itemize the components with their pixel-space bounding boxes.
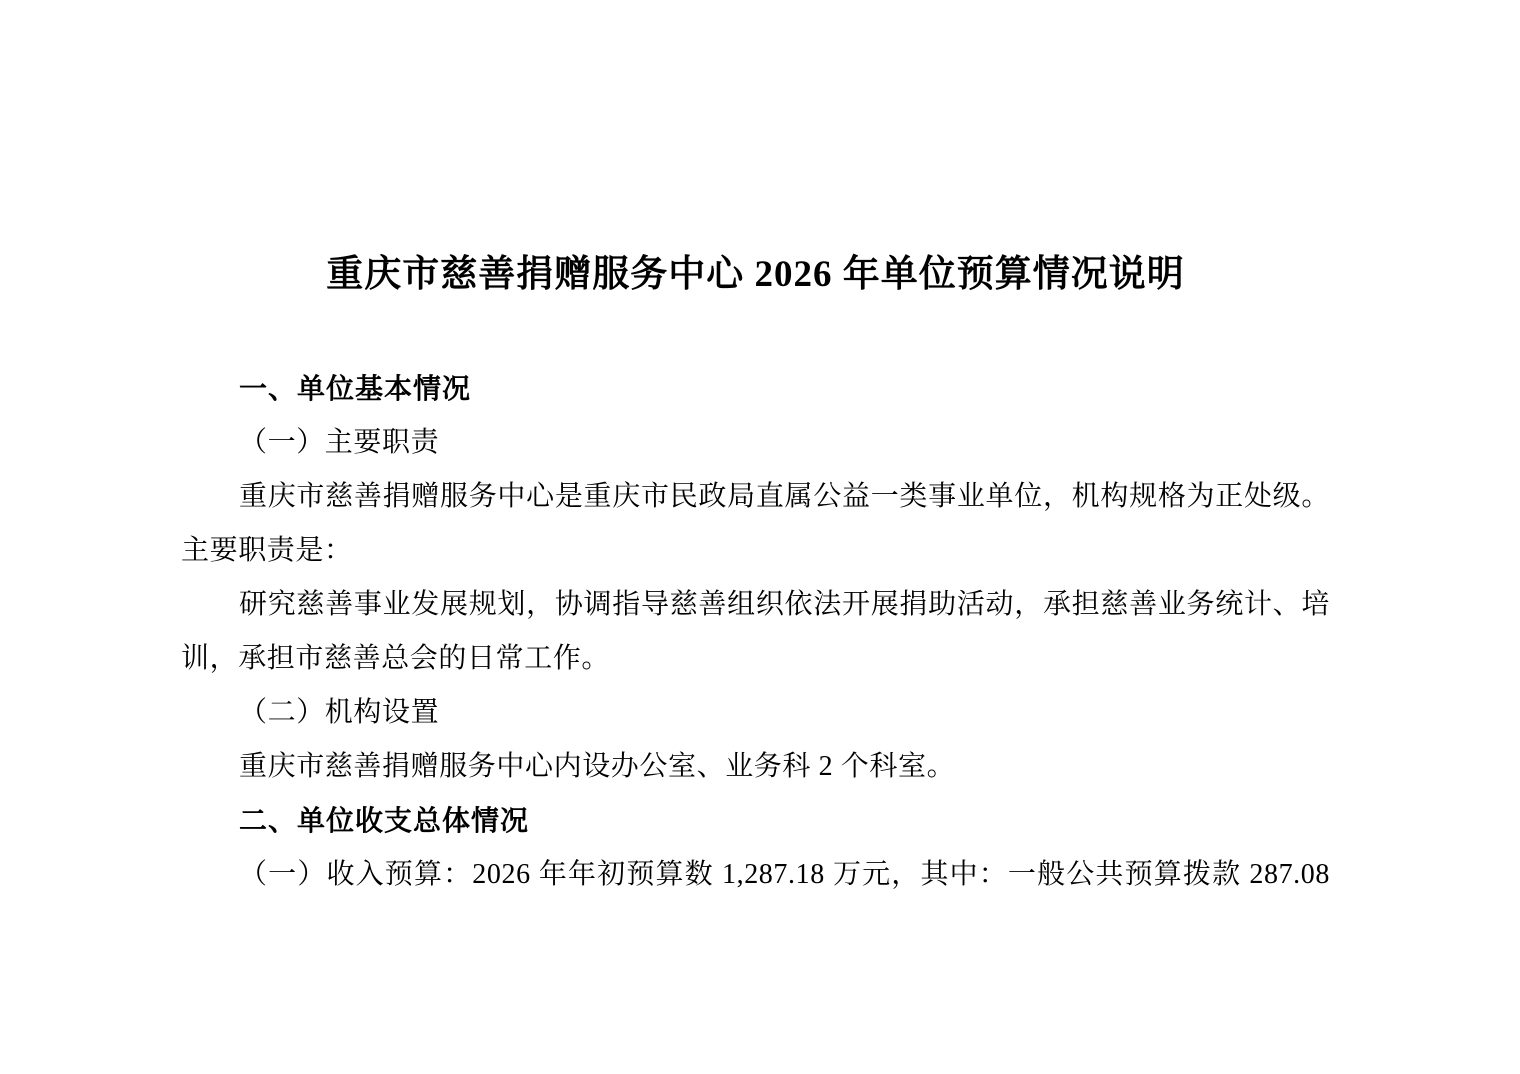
document-page: 重庆市慈善捐赠服务中心 2026 年单位预算情况说明 一、单位基本情况 （一）主… (0, 0, 1520, 1074)
paragraph-line: 重庆市慈善捐赠服务中心是重庆市民政局直属公益一类事业单位，机构规格为正处级。 (181, 470, 1330, 524)
paragraph-line: 训，承担市慈善总会的日常工作。 (181, 632, 1330, 686)
section-heading-unit-basic-info: 一、单位基本情况 (181, 362, 1330, 416)
document-title: 重庆市慈善捐赠服务中心 2026 年单位预算情况说明 (181, 0, 1330, 302)
paragraph-line-income-budget: （一）收入预算：2026 年年初预算数 1,287.18 万元，其中：一般公共预… (181, 848, 1330, 902)
subsection-heading-organization-setup: （二）机构设置 (181, 686, 1330, 740)
paragraph-line: 研究慈善事业发展规划，协调指导慈善组织依法开展捐助活动，承担慈善业务统计、培 (181, 578, 1330, 632)
paragraph-line: 主要职责是： (181, 524, 1330, 578)
subsection-heading-main-duties: （一）主要职责 (181, 416, 1330, 470)
document-body: 一、单位基本情况 （一）主要职责 重庆市慈善捐赠服务中心是重庆市民政局直属公益一… (181, 362, 1330, 902)
section-heading-income-expenditure-overview: 二、单位收支总体情况 (181, 794, 1330, 848)
paragraph-line: 重庆市慈善捐赠服务中心内设办公室、业务科 2 个科室。 (181, 740, 1330, 794)
